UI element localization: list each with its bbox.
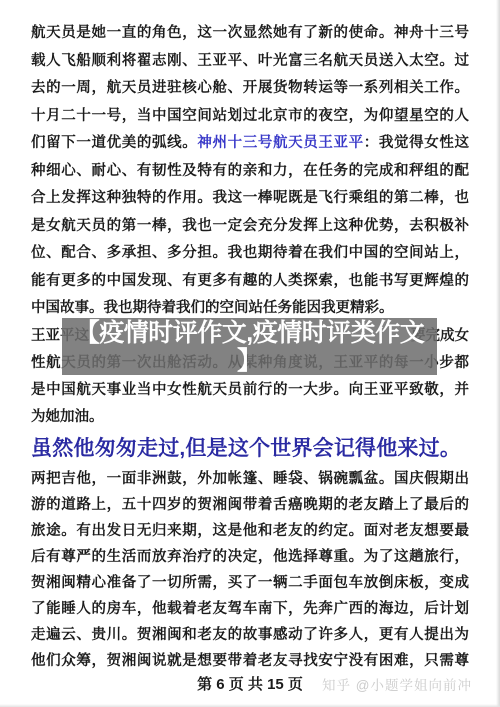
document-page: 航天员是她一直的角色，这一次显然她有了新的使命。神舟十三号 载人飞船顺利将翟志刚… [0, 0, 500, 707]
section-heading: 虽然他匆匆走过,但是这个世界会记得他来过。 [31, 434, 469, 466]
overlay-title-line2: 】 [237, 348, 262, 374]
text-line: 贺湘闽精心准备了一切所需，买了一辆二手面包车放倒床板，变成 [31, 570, 469, 596]
text-line: 两把吉他，一面非洲鼓，外加帐篷、睡袋、锅碗瓢盆。国庆假期出 [31, 466, 469, 492]
paragraph-spaceflight: 航天员是她一直的角色，这一次显然她有了新的使命。神舟十三号 载人飞船顺利将翟志刚… [31, 20, 469, 323]
text-line: 他们众筹，贺湘闽说就是想要带着老友寻找安宁没有困难，只需尊 [31, 648, 469, 674]
page-edge-shadow-right [496, 0, 500, 707]
text-line: 是女航天员的第一棒，我也一定会充分发挥上这种优势，去积极补 [31, 213, 469, 241]
text-line: 去的一周，航天员进驻核心舱、开展货物转运等一系列相关工作。 [31, 75, 469, 103]
watermark: 知乎 @小题学姐向前冲 [322, 674, 472, 694]
text-segment: 们留下一道优美的弧线。 [31, 135, 197, 151]
text-line: 了能睡人的房车，他载着老友驾车南下，先奔广西的海边，后计划 [31, 596, 469, 622]
text-line: 为她加油。 [31, 404, 469, 431]
text-line: 旅途。有出发日无归来期，这是他和老友的约定。面对老友想要最 [31, 518, 469, 544]
overlay-title-line1: 【疫情时评作文,疫情时评类作文 [75, 319, 424, 348]
text-line: 载人飞船顺利将翟志刚、王亚平、叶光富三名航天员送入太空。过 [31, 48, 469, 76]
text-line: 十月二十一号，当中国空间站划过北京市的夜空，为仰望星空的人 [31, 103, 469, 131]
text-line: 后有尊严的生活而放弃治疗的决定，他选择尊重。为了这趟旅行， [31, 544, 469, 570]
astronaut-name-highlight: 神州十三号航天员王亚平 [197, 135, 363, 151]
text-line: 位、配合、多承担、多分担。我也期待着在我们中国的空间站上， [31, 240, 469, 268]
text-segment: ：我觉得女性这 [364, 135, 469, 151]
text-line: 能有更多的中国发现、有更多有趣的人类探索，也能书写更辉煌的 [31, 268, 469, 296]
text-line: 游的道路上，五十四岁的贺湘闽带着舌癌晚期的老友踏上了最后的 [31, 492, 469, 518]
text-line: 航天员是她一直的角色，这一次显然她有了新的使命。神舟十三号 [31, 20, 469, 48]
text-line: 合上发挥这种独特的作用。我这一棒呢既是飞行乘组的第二棒，也 [31, 185, 469, 213]
title-overlay: 【疫情时评作文,疫情时评类作文 】 [62, 318, 437, 375]
text-line: 走遍云、贵川。贺湘闽和老友的故事感动了许多人，更有人提出为 [31, 622, 469, 648]
text-line-with-highlight: 们留下一道优美的弧线。神州十三号航天员王亚平：我觉得女性这 [31, 130, 469, 158]
paragraph-road-trip: 两把吉他，一面非洲鼓，外加帐篷、睡袋、锅碗瓢盆。国庆假期出 游的道路上，五十四岁… [31, 466, 469, 674]
text-line: 种细心、耐心、有韧性及特有的亲和力，在任务的完成和秤组的配 [31, 158, 469, 186]
text-line: 是中国航天事业当中女性航天员前行的一大步。向王亚平致敬，并 [31, 377, 469, 404]
